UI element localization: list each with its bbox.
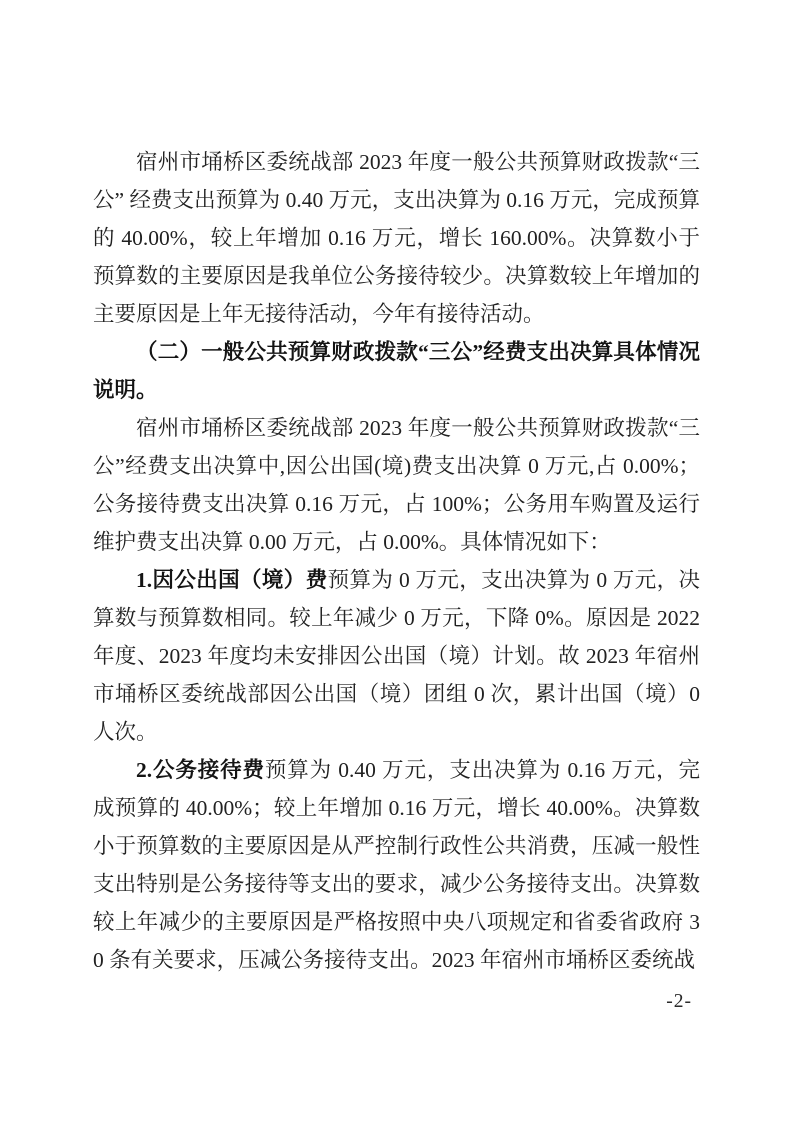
document-page: 宿州市埇桥区委统战部 2023 年度一般公共预算财政拨款“三公” 经费支出预算为… <box>0 0 793 1122</box>
paragraph-decision-breakdown-intro: 宿州市埇桥区委统战部 2023 年度一般公共预算财政拨款“三公”经费支出决算中,… <box>93 409 700 561</box>
item-2-text: 预算为 0.40 万元，支出决算为 0.16 万元，完成预算的 40.00%；较… <box>93 758 700 972</box>
paragraph-item-1-abroad-fee: 1.因公出国（境）费预算为 0 万元，支出决算为 0 万元，决算数与预算数相同。… <box>93 561 700 751</box>
item-1-title: 1.因公出国（境）费 <box>136 568 328 592</box>
item-2-title: 2.公务接待费 <box>136 758 265 782</box>
page-number: -2- <box>666 991 692 1013</box>
paragraph-three-public-summary: 宿州市埇桥区委统战部 2023 年度一般公共预算财政拨款“三公” 经费支出预算为… <box>93 143 700 333</box>
section-heading-2: （二）一般公共预算财政拨款“三公”经费支出决算具体情况说明。 <box>93 333 700 409</box>
document-body: 宿州市埇桥区委统战部 2023 年度一般公共预算财政拨款“三公” 经费支出预算为… <box>93 143 700 979</box>
item-1-text: 预算为 0 万元，支出决算为 0 万元，决算数与预算数相同。较上年减少 0 万元… <box>93 568 700 744</box>
paragraph-item-2-reception-fee: 2.公务接待费预算为 0.40 万元，支出决算为 0.16 万元，完成预算的 4… <box>93 751 700 979</box>
